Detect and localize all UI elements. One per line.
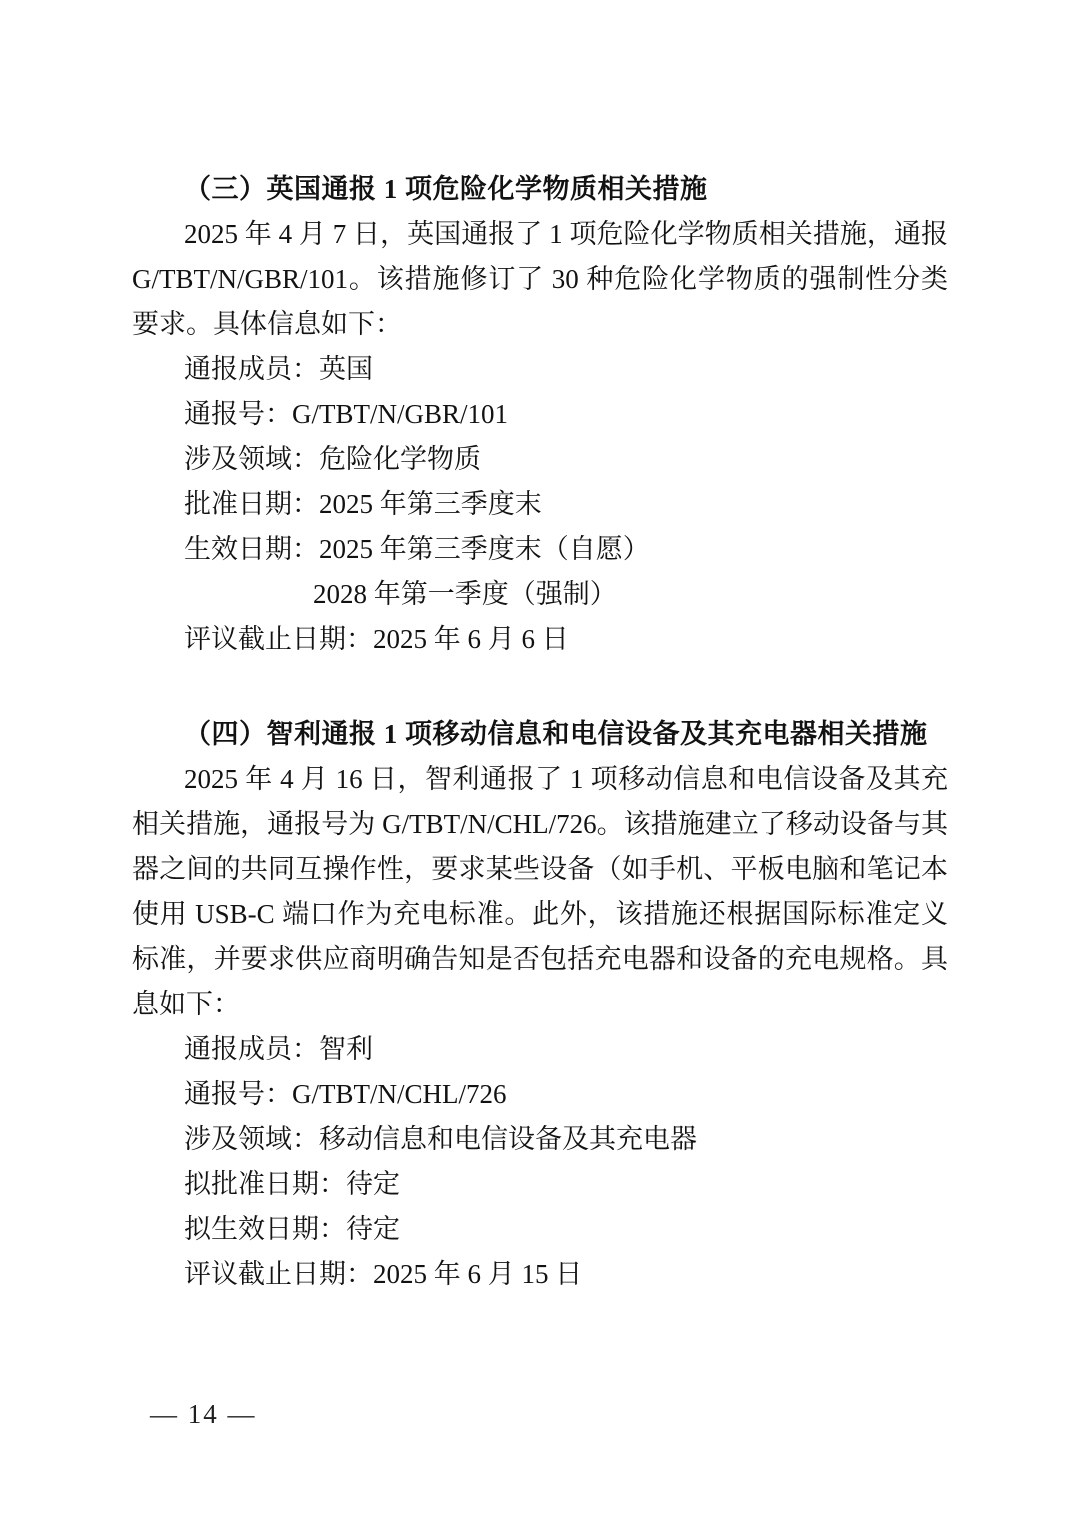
section-4-detail-proposed-effective-date: 拟生效日期：待定 [132,1207,948,1252]
section-3-paragraph-line: 要求。具体信息如下： [132,302,948,347]
section-4-paragraph-line: 使用 USB-C 端口作为充电标准。此外，该措施还根据国际标准定义了技术 [132,892,948,937]
section-3-detail-comment-deadline: 评议截止日期：2025 年 6 月 6 日 [132,617,948,662]
section-4-heading: （四）智利通报 1 项移动信息和电信设备及其充电器相关措施 [132,712,948,757]
section-4-paragraph-line: 2025 年 4 月 16 日，智利通报了 1 项移动信息和电信设备及其充电器 [132,757,948,802]
section-4-detail-notifying-member: 通报成员：智利 [132,1027,948,1072]
section-4-paragraph-line: 标准，并要求供应商明确告知是否包括充电器和设备的充电规格。具体信 [132,937,948,982]
section-3-detail-approval-date: 批准日期：2025 年第三季度末 [132,482,948,527]
section-4-paragraph-line: 息如下： [132,982,948,1027]
section-4-paragraph-line: 相关措施，通报号为 G/TBT/N/CHL/726。该措施建立了移动设备与其充电 [132,802,948,847]
section-divider-space [132,662,948,712]
section-3-detail-effective-date: 生效日期：2025 年第三季度末（自愿） [132,527,948,572]
section-3-heading: （三）英国通报 1 项危险化学物质相关措施 [132,167,948,212]
section-3-detail-field: 涉及领域：危险化学物质 [132,437,948,482]
page-number: — 14 — [150,1392,257,1437]
page-content: （三）英国通报 1 项危险化学物质相关措施 2025 年 4 月 7 日，英国通… [132,167,948,1297]
section-4-paragraph-line: 器之间的共同互操作性，要求某些设备（如手机、平板电脑和笔记本电脑） [132,847,948,892]
section-4-detail-comment-deadline: 评议截止日期：2025 年 6 月 15 日 [132,1252,948,1297]
section-3-detail-notifying-member: 通报成员：英国 [132,347,948,392]
section-4-detail-field: 涉及领域：移动信息和电信设备及其充电器 [132,1117,948,1162]
section-4-detail-notification-number: 通报号：G/TBT/N/CHL/726 [132,1072,948,1117]
section-3-paragraph-line: 2025 年 4 月 7 日，英国通报了 1 项危险化学物质相关措施，通报号为 [132,212,948,257]
section-3-detail-notification-number: 通报号：G/TBT/N/GBR/101 [132,392,948,437]
document-page: （三）英国通报 1 项危险化学物质相关措施 2025 年 4 月 7 日，英国通… [0,0,1080,1527]
section-4-detail-proposed-approval-date: 拟批准日期：待定 [132,1162,948,1207]
section-3-paragraph-line: G/TBT/N/GBR/101。该措施修订了 30 种危险化学物质的强制性分类和… [132,257,948,302]
section-3-detail-effective-date-continued: 2028 年第一季度（强制） [132,572,948,617]
